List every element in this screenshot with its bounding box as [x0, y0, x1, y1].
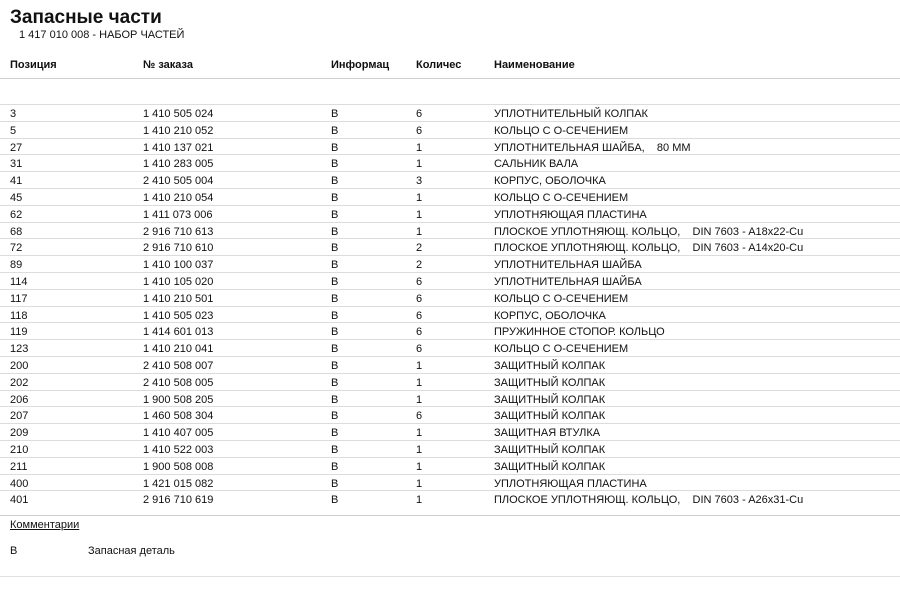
cell-name: КОЛЬЦО С О-СЕЧЕНИЕМ [494, 192, 628, 204]
cell-order-number: 1 410 505 023 [143, 310, 213, 322]
cell-position: 207 [10, 410, 28, 422]
table-row: 1171 410 210 501B6КОЛЬЦО С О-СЕЧЕНИЕМ [0, 289, 900, 306]
cell-order-number: 1 410 283 005 [143, 158, 213, 170]
cell-name: УПЛОТНЯЮЩАЯ ПЛАСТИНА [494, 209, 647, 221]
cell-name: ЗАЩИТНАЯ ВТУЛКА [494, 427, 600, 439]
cell-order-number: 1 900 508 205 [143, 394, 213, 406]
cell-quantity: 1 [416, 494, 422, 506]
cell-info: B [331, 410, 338, 422]
cell-quantity: 6 [416, 310, 422, 322]
cell-order-number: 1 414 601 013 [143, 326, 213, 338]
cell-position: 211 [10, 461, 28, 473]
comments-title: Комментарии [10, 519, 79, 531]
cell-order-number: 1 410 210 041 [143, 343, 213, 355]
cell-info: B [331, 494, 338, 506]
cell-order-number: 1 421 015 082 [143, 478, 213, 490]
cell-quantity: 6 [416, 125, 422, 137]
cell-position: 401 [10, 494, 28, 506]
spare-parts-page: Запасные части 1 417 010 008 - НАБОР ЧАС… [0, 0, 900, 600]
cell-quantity: 2 [416, 259, 422, 271]
cell-info: B [331, 343, 338, 355]
cell-info: B [331, 360, 338, 372]
cell-quantity: 6 [416, 410, 422, 422]
cell-name: ПРУЖИННОЕ СТОПОР. КОЛЬЦО [494, 326, 665, 338]
cell-position: 31 [10, 158, 22, 170]
cell-name: УПЛОТНИТЕЛЬНАЯ ШАЙБА [494, 276, 642, 288]
cell-name: КОЛЬЦО С О-СЕЧЕНИЕМ [494, 293, 628, 305]
cell-name: ЗАЩИТНЫЙ КОЛПАК [494, 461, 605, 473]
cell-position: 202 [10, 377, 28, 389]
cell-quantity: 1 [416, 444, 422, 456]
cell-position: 400 [10, 478, 28, 490]
cell-position: 123 [10, 343, 28, 355]
cell-position: 200 [10, 360, 28, 372]
cell-name: ПЛОСКОЕ УПЛОТНЯЮЩ. КОЛЬЦО, DIN 7603 - A1… [494, 226, 803, 238]
cell-quantity: 2 [416, 242, 422, 254]
cell-quantity: 6 [416, 276, 422, 288]
cell-position: 62 [10, 209, 22, 221]
column-header-quantity: Количес [416, 59, 461, 71]
cell-order-number: 2 916 710 619 [143, 494, 213, 506]
cell-name: ЗАЩИТНЫЙ КОЛПАК [494, 360, 605, 372]
cell-quantity: 6 [416, 108, 422, 120]
cell-name: УПЛОТНИТЕЛЬНЫЙ КОЛПАК [494, 108, 648, 120]
cell-quantity: 6 [416, 326, 422, 338]
table-row: 2091 410 407 005B1ЗАЩИТНАЯ ВТУЛКА [0, 423, 900, 440]
cell-info: B [331, 142, 338, 154]
table-row: 2071 460 508 304B6ЗАЩИТНЫЙ КОЛПАК [0, 406, 900, 423]
cell-info: B [331, 461, 338, 473]
table-row: 412 410 505 004B3КОРПУС, ОБОЛОЧКА [0, 171, 900, 188]
table-row: 2061 900 508 205B1ЗАЩИТНЫЙ КОЛПАК [0, 390, 900, 407]
cell-position: 210 [10, 444, 28, 456]
column-header-name: Наименование [494, 59, 575, 71]
cell-info: B [331, 242, 338, 254]
cell-position: 68 [10, 226, 22, 238]
cell-name: КОЛЬЦО С О-СЕЧЕНИЕМ [494, 125, 628, 137]
table-row: 1181 410 505 023B6КОРПУС, ОБОЛОЧКА [0, 306, 900, 323]
cell-info: B [331, 310, 338, 322]
cell-order-number: 1 410 407 005 [143, 427, 213, 439]
cell-info: B [331, 226, 338, 238]
cell-position: 119 [10, 326, 28, 338]
table-row: 891 410 100 037B2УПЛОТНИТЕЛЬНАЯ ШАЙБА [0, 255, 900, 272]
cell-position: 5 [10, 125, 16, 137]
cell-info: B [331, 326, 338, 338]
cell-name: САЛЬНИК ВАЛА [494, 158, 578, 170]
cell-name: УПЛОТНИТЕЛЬНАЯ ШАЙБА, 80 ММ [494, 142, 691, 154]
cell-info: B [331, 293, 338, 305]
cell-position: 117 [10, 293, 28, 305]
cell-info: B [331, 108, 338, 120]
cell-quantity: 1 [416, 394, 422, 406]
cell-info: B [331, 276, 338, 288]
column-header-order-number: № заказа [143, 59, 193, 71]
cell-quantity: 1 [416, 209, 422, 221]
cell-quantity: 1 [416, 192, 422, 204]
cell-name: ЗАЩИТНЫЙ КОЛПАК [494, 444, 605, 456]
header-divider [0, 78, 900, 79]
cell-position: 27 [10, 142, 22, 154]
cell-order-number: 1 410 210 052 [143, 125, 213, 137]
cell-quantity: 6 [416, 293, 422, 305]
cell-order-number: 2 410 508 005 [143, 377, 213, 389]
cell-quantity: 1 [416, 158, 422, 170]
cell-name: ЗАЩИТНЫЙ КОЛПАК [494, 394, 605, 406]
cell-position: 3 [10, 108, 16, 120]
table-bottom-divider [0, 515, 900, 516]
table-row: 51 410 210 052B6КОЛЬЦО С О-СЕЧЕНИЕМ [0, 121, 900, 138]
comments-divider [0, 576, 900, 577]
cell-order-number: 1 900 508 008 [143, 461, 213, 473]
cell-quantity: 6 [416, 343, 422, 355]
cell-order-number: 1 410 522 003 [143, 444, 213, 456]
cell-info: B [331, 478, 338, 490]
cell-order-number: 2 410 508 007 [143, 360, 213, 372]
cell-order-number: 1 410 105 020 [143, 276, 213, 288]
parts-table-body: 31 410 505 024B6УПЛОТНИТЕЛЬНЫЙ КОЛПАК51 … [0, 104, 900, 507]
table-row: 1141 410 105 020B6УПЛОТНИТЕЛЬНАЯ ШАЙБА [0, 272, 900, 289]
cell-info: B [331, 175, 338, 187]
cell-info: B [331, 209, 338, 221]
cell-position: 206 [10, 394, 28, 406]
table-header: Позиция № заказа Информац Количес Наимен… [0, 59, 900, 71]
cell-name: ПЛОСКОЕ УПЛОТНЯЮЩ. КОЛЬЦО, DIN 7603 - A2… [494, 494, 803, 506]
table-row: 451 410 210 054B1КОЛЬЦО С О-СЕЧЕНИЕМ [0, 188, 900, 205]
cell-position: 41 [10, 175, 22, 187]
cell-name: ПЛОСКОЕ УПЛОТНЯЮЩ. КОЛЬЦО, DIN 7603 - A1… [494, 242, 803, 254]
cell-quantity: 1 [416, 461, 422, 473]
cell-name: УПЛОТНИТЕЛЬНАЯ ШАЙБА [494, 259, 642, 271]
cell-order-number: 1 410 505 024 [143, 108, 213, 120]
table-row: 2002 410 508 007B1ЗАЩИТНЫЙ КОЛПАК [0, 356, 900, 373]
cell-order-number: 1 410 100 037 [143, 259, 213, 271]
cell-info: B [331, 125, 338, 137]
cell-quantity: 1 [416, 478, 422, 490]
table-row: 682 916 710 613B1ПЛОСКОЕ УПЛОТНЯЮЩ. КОЛЬ… [0, 222, 900, 239]
page-subtitle: 1 417 010 008 - НАБОР ЧАСТЕЙ [19, 29, 184, 41]
cell-quantity: 3 [416, 175, 422, 187]
cell-position: 72 [10, 242, 22, 254]
table-row: 2101 410 522 003B1ЗАЩИТНЫЙ КОЛПАК [0, 440, 900, 457]
table-row: 4012 916 710 619B1ПЛОСКОЕ УПЛОТНЯЮЩ. КОЛ… [0, 490, 900, 507]
cell-info: B [331, 377, 338, 389]
cell-order-number: 1 460 508 304 [143, 410, 213, 422]
page-title: Запасные части [10, 7, 162, 29]
cell-name: УПЛОТНЯЮЩАЯ ПЛАСТИНА [494, 478, 647, 490]
cell-name: КОРПУС, ОБОЛОЧКА [494, 175, 606, 187]
table-row: 31 410 505 024B6УПЛОТНИТЕЛЬНЫЙ КОЛПАК [0, 104, 900, 121]
cell-order-number: 2 916 710 613 [143, 226, 213, 238]
comment-text: Запасная деталь [88, 545, 175, 557]
cell-order-number: 2 410 505 004 [143, 175, 213, 187]
cell-position: 45 [10, 192, 22, 204]
table-row: 311 410 283 005B1САЛЬНИК ВАЛА [0, 154, 900, 171]
cell-order-number: 1 410 137 021 [143, 142, 213, 154]
table-row: 2111 900 508 008B1ЗАЩИТНЫЙ КОЛПАК [0, 457, 900, 474]
cell-order-number: 1 411 073 006 [143, 209, 213, 221]
cell-quantity: 1 [416, 427, 422, 439]
table-row: 271 410 137 021B1УПЛОТНИТЕЛЬНАЯ ШАЙБА, 8… [0, 138, 900, 155]
column-header-info: Информац [331, 59, 389, 71]
cell-order-number: 2 916 710 610 [143, 242, 213, 254]
cell-info: B [331, 394, 338, 406]
cell-name: КОРПУС, ОБОЛОЧКА [494, 310, 606, 322]
table-row: 2022 410 508 005B1ЗАЩИТНЫЙ КОЛПАК [0, 373, 900, 390]
cell-info: B [331, 444, 338, 456]
cell-info: B [331, 192, 338, 204]
cell-name: ЗАЩИТНЫЙ КОЛПАК [494, 377, 605, 389]
cell-name: КОЛЬЦО С О-СЕЧЕНИЕМ [494, 343, 628, 355]
cell-info: B [331, 259, 338, 271]
cell-info: B [331, 427, 338, 439]
table-row: 1191 414 601 013B6ПРУЖИННОЕ СТОПОР. КОЛЬ… [0, 322, 900, 339]
cell-quantity: 1 [416, 360, 422, 372]
cell-name: ЗАЩИТНЫЙ КОЛПАК [494, 410, 605, 422]
cell-quantity: 1 [416, 142, 422, 154]
table-row: 621 411 073 006B1УПЛОТНЯЮЩАЯ ПЛАСТИНА [0, 205, 900, 222]
comment-code: B [10, 545, 17, 557]
cell-info: B [331, 158, 338, 170]
cell-order-number: 1 410 210 501 [143, 293, 213, 305]
cell-quantity: 1 [416, 377, 422, 389]
table-row: 722 916 710 610B2ПЛОСКОЕ УПЛОТНЯЮЩ. КОЛЬ… [0, 238, 900, 255]
table-row: 1231 410 210 041B6КОЛЬЦО С О-СЕЧЕНИЕМ [0, 339, 900, 356]
cell-order-number: 1 410 210 054 [143, 192, 213, 204]
cell-position: 89 [10, 259, 22, 271]
table-row: 4001 421 015 082B1УПЛОТНЯЮЩАЯ ПЛАСТИНА [0, 474, 900, 491]
cell-position: 118 [10, 310, 28, 322]
column-header-position: Позиция [10, 59, 57, 71]
cell-position: 209 [10, 427, 28, 439]
cell-position: 114 [10, 276, 28, 288]
cell-quantity: 1 [416, 226, 422, 238]
